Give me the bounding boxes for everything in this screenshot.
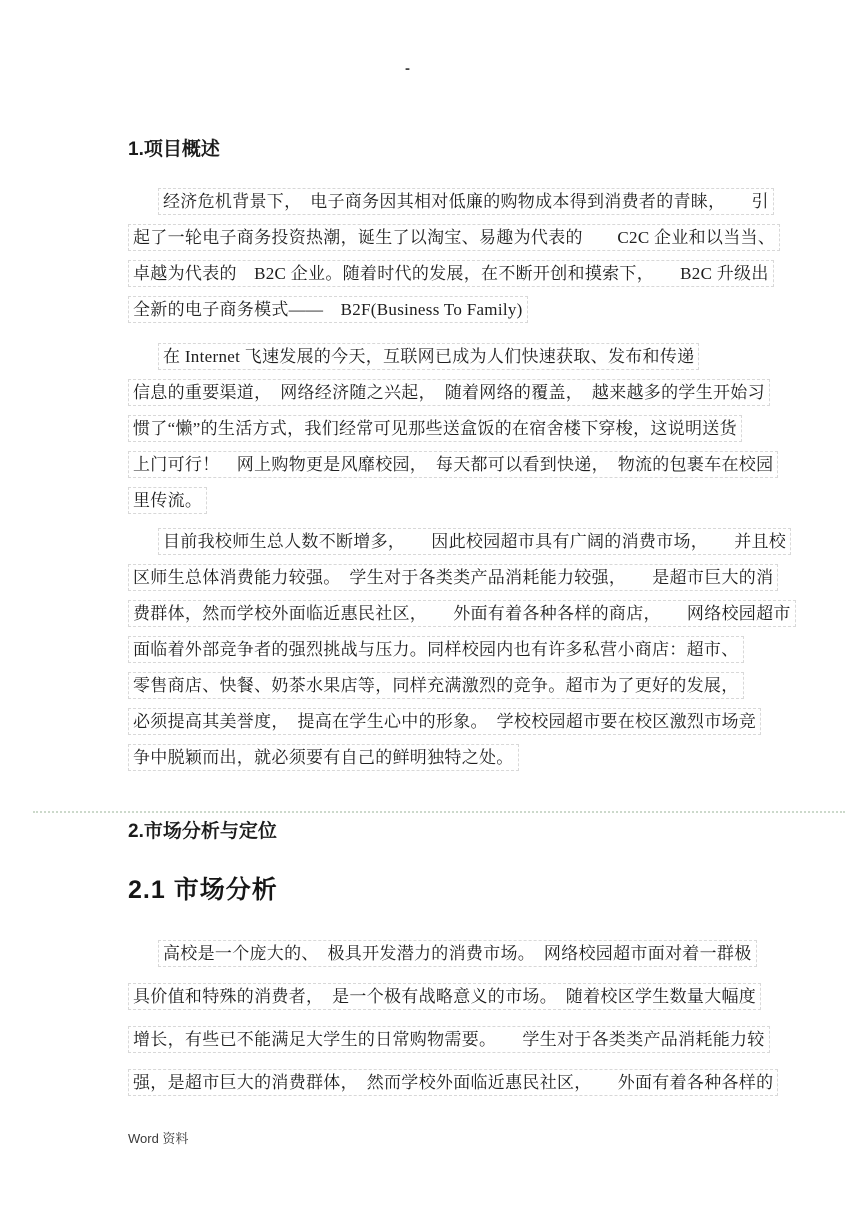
text-line: 强，是超市巨大的消费群体， 然而学校外面临近惠民社区， 外面有着各种各样的 — [128, 1069, 778, 1096]
heading-project-overview: 1.项目概述 — [128, 134, 220, 161]
text-line: 高校是一个庞大的、 极具开发潜力的消费市场。 网络校园超市面对着一群极 — [158, 940, 757, 967]
text-line: 全新的电子商务模式—— B2F(Business To Family) — [128, 296, 528, 323]
text-line: 信息的重要渠道， 网络经济随之兴起， 随着网络的覆盖， 越来越多的学生开始习 — [128, 379, 770, 406]
heading-market-analysis: 2.1 市场分析 — [128, 870, 278, 906]
text-line: 区师生总体消费能力较强。 学生对于各类类产品消耗能力较强， 是超市巨大的消 — [128, 564, 778, 591]
paragraph-internet-growth: 在 Internet 飞速发展的今天，互联网已成为人们快速获取、发布和传递信息的… — [128, 343, 768, 523]
text-line: 增长，有些已不能满足大学生的日常购物需要。 学生对于各类类产品消耗能力较 — [128, 1026, 770, 1053]
text-line: 起了一轮电子商务投资热潮，诞生了以淘宝、易趣为代表的 C2C 企业和以当当、 — [128, 224, 780, 251]
text-line: 里传流。 — [128, 487, 207, 514]
text-line: 争中脱颖而出，就必须要有自己的鲜明独特之处。 — [128, 744, 519, 771]
text-line: 惯了“懒”的生活方式，我们经常可见那些送盒饭的在宿舍楼下穿梭，这说明送货 — [128, 415, 742, 442]
document-page: - 1.项目概述 经济危机背景下， 电子商务因其相对低廉的购物成本得到消费者的青… — [0, 0, 860, 1218]
paragraph-campus-market: 目前我校师生总人数不断增多， 因此校园超市具有广阔的消费市场， 并且校区师生总体… — [128, 528, 768, 780]
text-line: 卓越为代表的 B2C 企业。随着时代的发展，在不断开创和摸索下， B2C 升级出 — [128, 260, 774, 287]
text-line: 在 Internet 飞速发展的今天，互联网已成为人们快速获取、发布和传递 — [158, 343, 699, 370]
page-break-divider — [33, 811, 845, 813]
text-line: 必须提高其美誉度， 提高在学生心中的形象。 学校校园超市要在校区激烈市场竞 — [128, 708, 761, 735]
text-line: 上门可行！ 网上购物更是风靡校园， 每天都可以看到快递， 物流的包裹车在校园 — [128, 451, 778, 478]
text-line: 经济危机背景下， 电子商务因其相对低廉的购物成本得到消费者的青睐， 引 — [158, 188, 774, 215]
text-line: 目前我校师生总人数不断增多， 因此校园超市具有广阔的消费市场， 并且校 — [158, 528, 791, 555]
text-line: 具价值和特殊的消费者， 是一个极有战略意义的市场。 随着校区学生数量大幅度 — [128, 983, 761, 1010]
stray-mark: - — [405, 60, 410, 77]
footer-word-label: Word 资料 — [128, 1128, 188, 1147]
text-line: 面临着外部竞争者的强烈挑战与压力。同样校园内也有许多私营小商店：超市、 — [128, 636, 744, 663]
text-line: 零售商店、快餐、奶茶水果店等，同样充满激烈的竞争。超市为了更好的发展， — [128, 672, 744, 699]
text-line: 费群体，然而学校外面临近惠民社区， 外面有着各种各样的商店， 网络校园超市 — [128, 600, 796, 627]
paragraph-college-consumer-market: 高校是一个庞大的、 极具开发潜力的消费市场。 网络校园超市面对着一群极具价值和特… — [128, 940, 768, 1112]
paragraph-ecommerce-background: 经济危机背景下， 电子商务因其相对低廉的购物成本得到消费者的青睐， 引起了一轮电… — [128, 188, 768, 332]
heading-market-analysis-positioning: 2.市场分析与定位 — [128, 816, 277, 843]
